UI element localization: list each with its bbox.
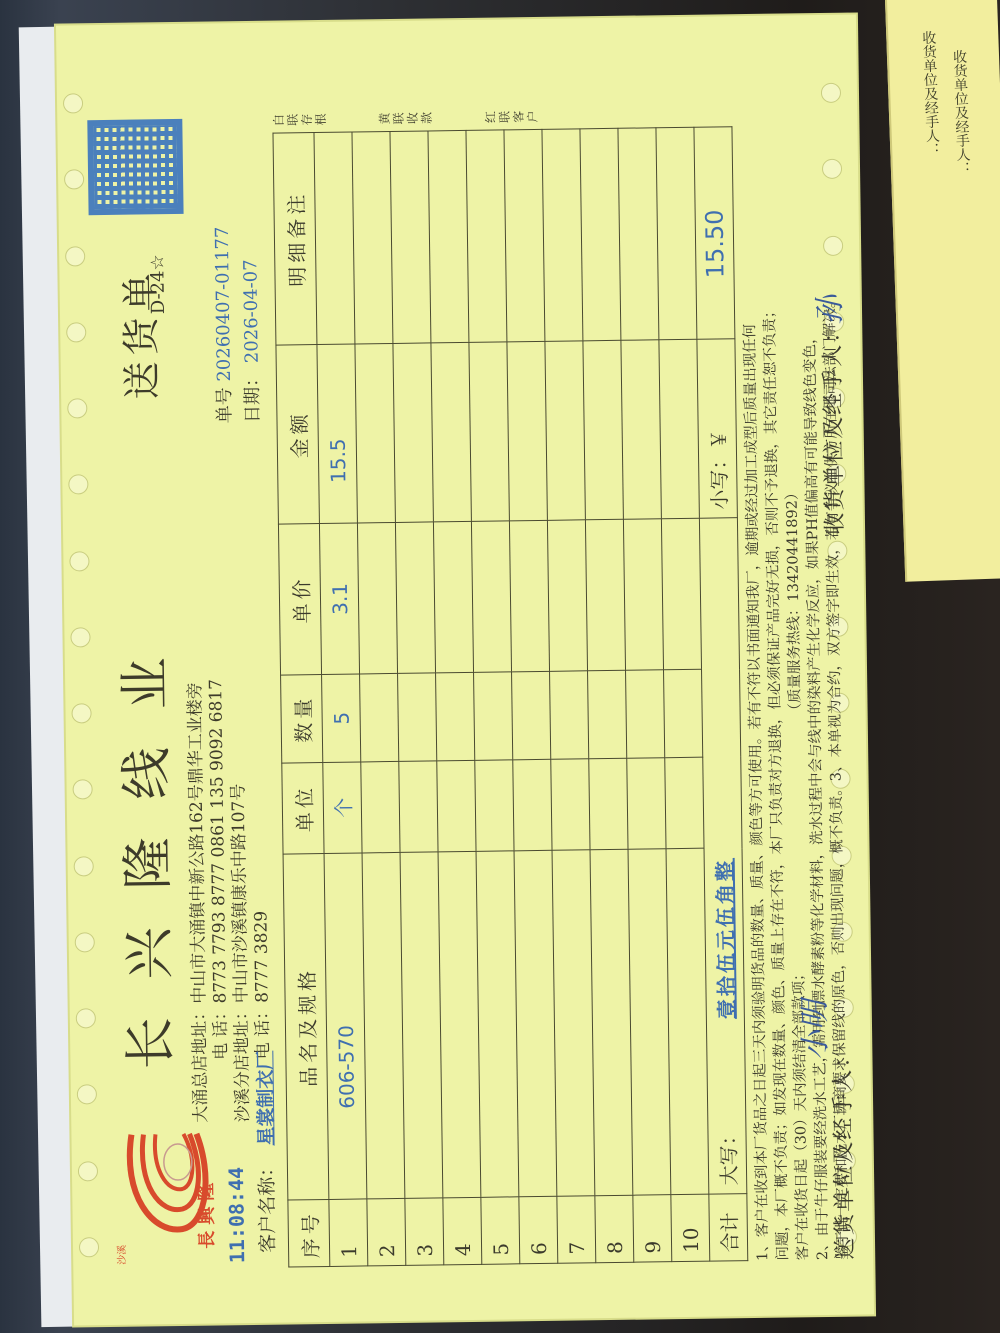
sender-signature-field: 送货单位及经手人： [825,1044,859,1260]
row-number: 7 [557,1196,596,1263]
upper-amount-label: 大写： [716,1125,741,1185]
column-header-unit: 单位 [282,762,324,854]
copy-label-yellow: 黄联收款 [378,112,434,126]
column-header-qty: 数量 [281,675,323,763]
column-header-price: 单价 [278,524,321,676]
row-number: 1 [329,1199,368,1266]
row-number: 5 [481,1197,520,1264]
qr-code-icon [87,119,183,215]
order-date: 2026-04-07 [240,259,262,363]
receiver-signature: 孙 [805,295,849,326]
column-header-amount: 金额 [276,344,320,524]
logo-name: 長興隆 [192,1176,219,1248]
total-label: 合计 [709,1194,748,1261]
row-number: 6 [519,1196,558,1263]
items-table: 序号 品名及规格 单位 数量 单价 金额 明细备注 1 606-570 个 5 … [272,126,748,1267]
receiver-signature-field: 收货单位及经手人： [815,319,849,535]
customer-name: 星裳制衣厂 [254,1051,277,1146]
row-number: 2 [367,1198,406,1265]
order-number-label: 单号 [214,387,236,423]
sender-label: 送货单位及经手人： [830,1044,858,1260]
copy-labels: 白联存根 黄联收款 红联客户 [272,93,590,127]
order-meta: 单号 20260407-01177 日期： 2026-04-07 [209,226,268,423]
print-time: 11:08:44 [224,1167,249,1264]
row-number: 10 [671,1194,710,1261]
document-code: D-24☆ [147,254,169,314]
item-unit: 个 [323,762,362,854]
column-header-note: 明细备注 [273,133,317,345]
background-receipt-text: 收货单位及经手人： [949,49,973,176]
customer-field: 客户名称： 星裳制衣厂 [250,1051,280,1253]
lower-amount: 15.50 [694,127,735,339]
background-receipt-text: 收货单位及经手人： [918,30,942,157]
logo-tagline: 沙溪 [113,1245,128,1265]
item-price: 3.1 [319,523,359,675]
company-name: 长兴隆线业 [102,619,183,1070]
background-receipt-stack: 收货单位及经手人： 收货单位及经手人： [885,0,1000,582]
column-header-name: 品名及规格 [283,854,329,1200]
delivery-note: 沙溪 長興隆 长兴隆线业 送货单 大涌总店地址： 中山市大涌镇中新公路162号鼎… [56,14,874,1325]
receipt-container: 沙溪 長興隆 长兴隆线业 送货单 大涌总店地址： 中山市大涌镇中新公路162号鼎… [45,10,885,1330]
date-label: 日期： [242,369,264,423]
main-store-phone-label: 电 话： [211,1003,234,1153]
branch-phone: 8777 3829 [251,911,273,1003]
item-qty: 5 [322,674,361,762]
item-amount: 15.5 [317,344,358,524]
row-number: 3 [405,1198,444,1265]
upper-amount: 壹拾伍元伍角整 [713,858,739,1019]
sender-signature: 小明 [790,1000,835,1061]
main-store-label: 大涌总店地址： [190,1004,213,1154]
order-number: 20260407-01177 [212,226,235,381]
item-name: 606-570 [324,853,367,1199]
lower-amount-label: 小写：￥ [697,339,738,519]
row-number: 4 [443,1197,482,1264]
copy-label-red: 红联客户 [484,111,540,125]
branch-address: 中山市沙溪镇康乐中路107号 [229,784,253,1004]
receiver-label: 收货单位及经手人： [820,319,848,535]
copy-label-white: 白联存根 [272,114,328,128]
customer-label: 客户名称： [256,1158,279,1253]
item-note [314,132,355,344]
row-number: 8 [595,1195,634,1262]
column-header-no: 序号 [288,1199,330,1267]
total-upper-cell: 大写： 壹拾伍元伍角整 [699,518,746,1194]
row-number: 9 [633,1195,672,1262]
